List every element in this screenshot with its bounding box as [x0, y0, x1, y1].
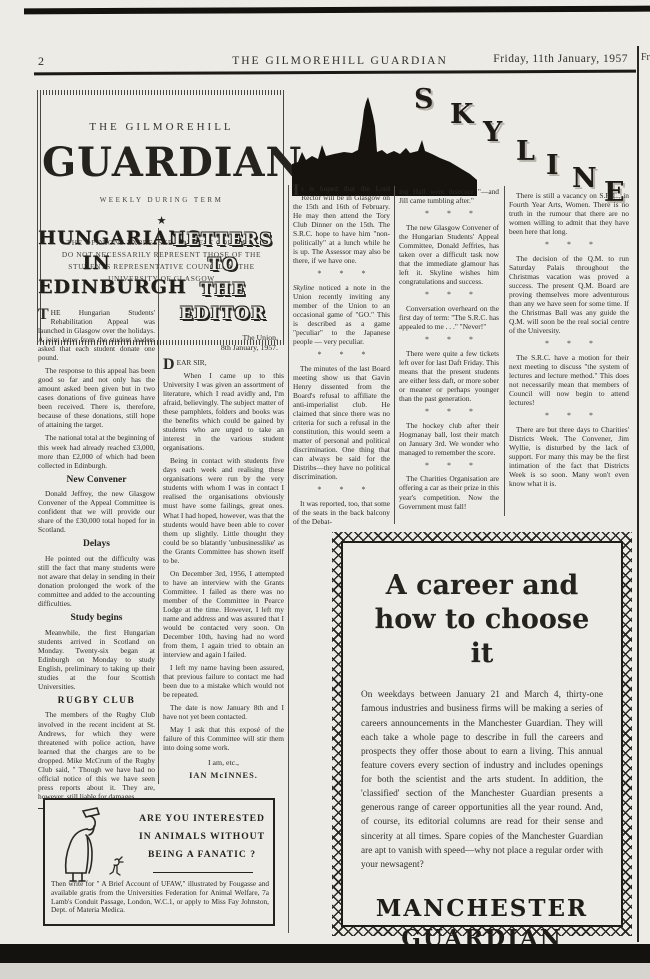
scan-edge-bottom [0, 944, 650, 963]
paragraph: There were quite a few tickets left over… [399, 349, 499, 403]
paragraph: The new Glasgow Convener of the Hungaria… [399, 223, 499, 286]
skyline-letter: N [572, 163, 597, 194]
skyline-letter: Y [483, 117, 502, 148]
paragraph: The date is now January 8th and I have n… [163, 703, 284, 721]
subhead-new-convener: New Convener [38, 475, 155, 487]
asterisk-separator: * * * [399, 407, 499, 417]
paragraph: He pointed out the difficulty was still … [38, 554, 155, 608]
manchester-guardian-ad: A career and how to choose it On weekday… [332, 532, 632, 936]
column-rule [504, 186, 505, 516]
paragraph: I left my name having been assured, that… [163, 663, 284, 699]
paragraph: The national total at the beginning of t… [38, 433, 155, 469]
paragraph: Skyline noticed a note in the Union rece… [293, 283, 390, 346]
skyline-letter: L [516, 136, 535, 167]
ad-body: On weekdays between January 21 and March… [361, 688, 603, 872]
header-rule [34, 70, 636, 76]
asterisk-separator: * * * [509, 411, 629, 421]
paragraph: Donald Jeffrey, the new Glasgow Convener… [38, 489, 155, 534]
subhead-rugby-club: RUGBY CLUB [38, 696, 155, 708]
article-headline: HUNGARIANS IN EDINBURGH [38, 226, 155, 300]
scan-edge-top [24, 6, 650, 15]
letter-dateline: The Union, 8th January, 1957. [163, 333, 278, 352]
issue-date: Friday, 11th January, 1957 [493, 53, 628, 65]
professor-and-bird-cartoon-icon [49, 802, 133, 886]
newspaper-page: 2 THE GILMOREHILL GUARDIAN Friday, 11th … [0, 0, 650, 979]
paragraph: Being in contact with students five days… [163, 456, 284, 564]
drop-cap: D [163, 359, 175, 372]
skyline-column-3: There is still a vacancy on S.R.C., in F… [509, 191, 629, 492]
subhead-study-begins: Study begins [38, 613, 155, 625]
letter-signoff: I am, etc., [163, 758, 284, 768]
paragraph: On December 3rd, 1956, I attempted to ha… [163, 569, 284, 659]
asterisk-separator: * * * [399, 335, 499, 345]
masthead-subtitle: WEEKLY DURING TERM [42, 196, 281, 204]
drop-cap: I [293, 185, 299, 198]
skyline-column-2: ing Hall were insecure "—and Jill came t… [399, 187, 499, 515]
scan-margin-bottom [0, 963, 650, 979]
column-rule [158, 228, 159, 784]
adjacent-page-text: Fr [641, 52, 650, 63]
paragraph: THE Hungarian Students' Rehabilitation A… [38, 308, 155, 362]
ufaw-ad: ARE YOU INTERESTED IN ANIMALS WITHOUT BE… [43, 798, 275, 926]
letters-headline: LETTERS TO THE EDITOR [163, 228, 284, 327]
asterisk-separator: * * * [293, 350, 390, 360]
ufaw-body: Then write for " A Brief Account of UFAW… [51, 880, 269, 915]
salutation: DEAR SIR, [163, 358, 284, 367]
paragraph: Meanwhile, the first Hungarian students … [38, 628, 155, 691]
paragraph: The S.R.C. have a motion for their next … [509, 353, 629, 407]
page-edge-line [637, 46, 639, 942]
paragraph: There are but three days to Charities' D… [509, 425, 629, 488]
paragraph: It is hoped that the Lord Rector will be… [293, 184, 390, 265]
asterisk-separator: * * * [293, 269, 390, 279]
asterisk-separator: * * * [399, 461, 499, 471]
paragraph: The members of the Rugby Club involved i… [38, 710, 155, 800]
letter-signature: IAN McINNES. [163, 771, 284, 781]
asterisk-separator: * * * [509, 339, 629, 349]
paragraph: ing Hall were insecure "—and Jill came t… [399, 187, 499, 205]
skyline-letter: K [450, 99, 473, 130]
paragraph: When I came up to this University I was … [163, 371, 284, 452]
paragraph: The decision of the Q.M. to run Saturday… [509, 254, 629, 335]
paragraph: Conversation overheard on the first day … [399, 304, 499, 331]
subhead-delays: Delays [38, 539, 155, 551]
paragraph: It was reported, too, that some of the s… [293, 499, 390, 526]
skyline-column-1: It is hoped that the Lord Rector will be… [293, 184, 390, 530]
ufaw-headline: ARE YOU INTERESTED IN ANIMALS WITHOUT BE… [133, 810, 271, 865]
paragraph: The Charities Organisation are offering … [399, 474, 499, 510]
column-rule [394, 186, 395, 524]
skyline-letter: I [546, 150, 559, 181]
skyline-letter: S [414, 84, 434, 115]
paragraph: There is still a vacancy on S.R.C., in F… [509, 191, 629, 236]
asterisk-separator: * * * [399, 209, 499, 219]
asterisk-separator: * * * [399, 290, 499, 300]
page-number: 2 [38, 54, 44, 69]
paragraph: The minutes of the last Board meeting sh… [293, 364, 390, 481]
masthead-overline: THE GILMOREHILL [42, 121, 281, 133]
drop-cap: T [38, 309, 49, 322]
asterisk-separator: * * * [293, 485, 390, 495]
masthead-title: GUARDIAN [42, 139, 281, 186]
article-hungarians: HUNGARIANS IN EDINBURGH THE Hungarian St… [38, 226, 155, 809]
letters-to-editor: LETTERS TO THE EDITOR The Union, 8th Jan… [163, 228, 284, 781]
ad-title: A career and how to choose it [361, 569, 603, 670]
asterisk-separator: * * * [509, 240, 629, 250]
column-rule [288, 185, 289, 933]
paragraph: The hockey club after their Hogmanay bal… [399, 421, 499, 457]
paragraph: The response to this appeal has been goo… [38, 366, 155, 429]
running-title: THE GILMOREHILL GUARDIAN [200, 55, 480, 67]
ufaw-divider [153, 872, 253, 873]
paragraph: May I ask that this exposé of the failur… [163, 725, 284, 752]
